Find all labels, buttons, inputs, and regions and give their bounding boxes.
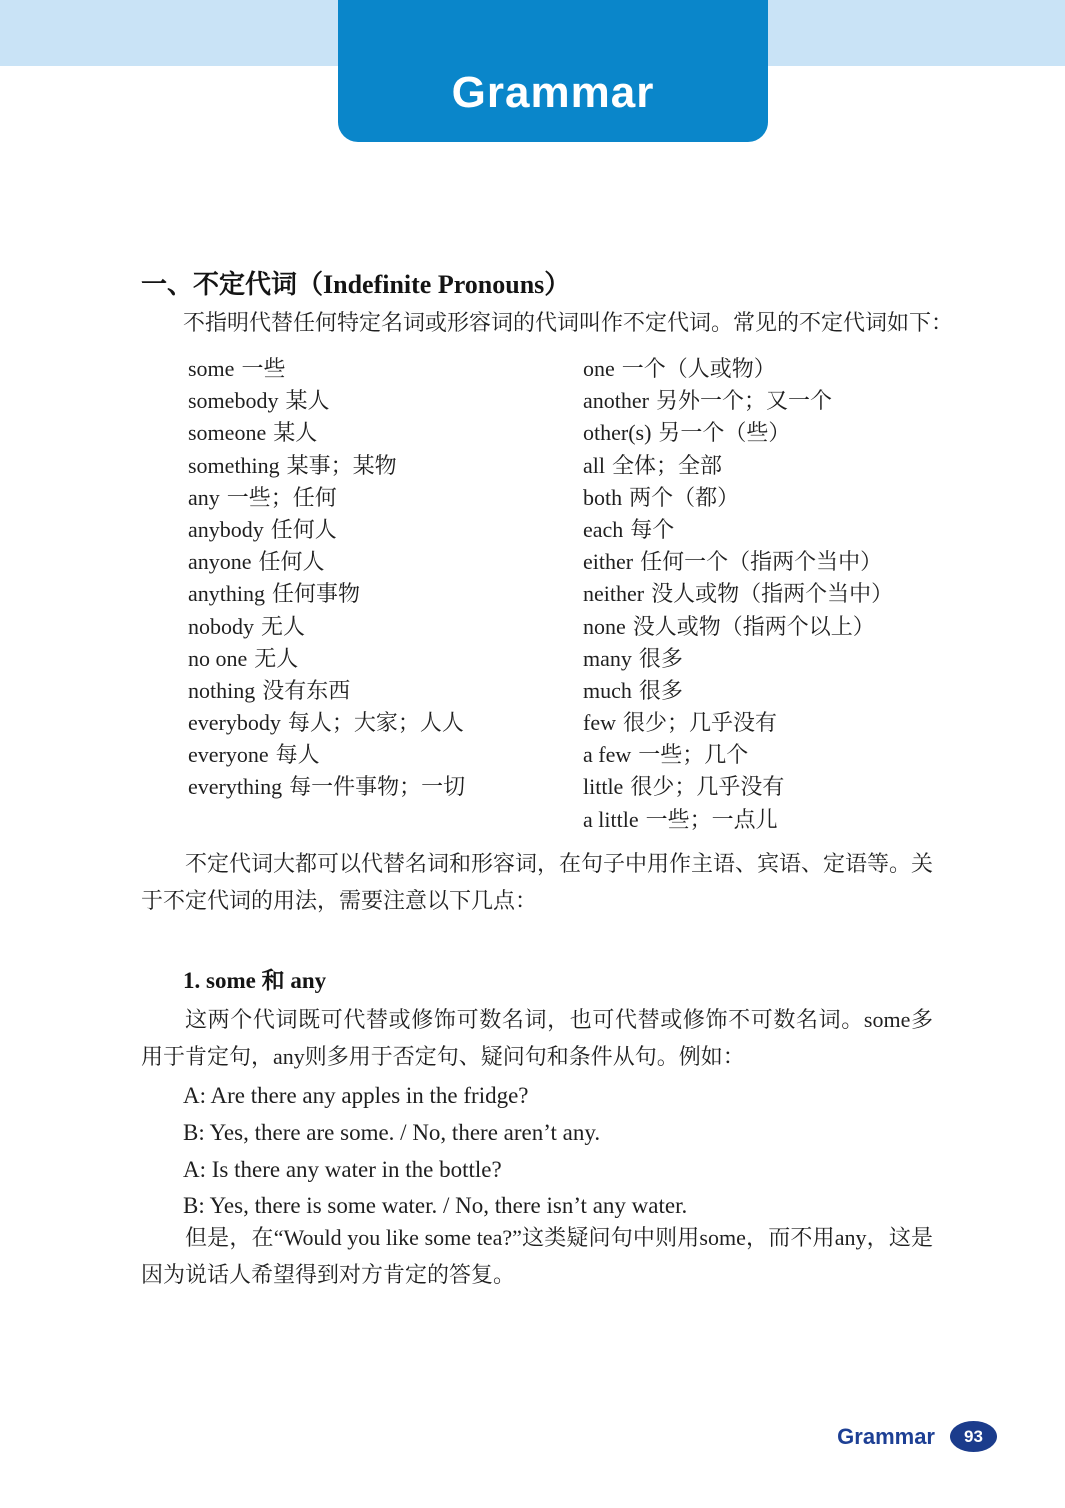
pronoun-zh: 任何人 [271,517,337,542]
list-item: another另外一个；又一个 [583,385,1003,417]
pronoun-en: any [188,485,220,510]
pronoun-zh: 每个 [630,517,674,542]
pronoun-en: many [583,646,632,671]
pronoun-list: some一些 somebody某人 someone某人 something某事；… [188,353,1003,836]
list-item: nothing没有东西 [188,675,583,707]
pronoun-en: anything [188,581,265,606]
list-item: one一个（人或物） [583,353,1003,385]
pronoun-en: everything [188,774,282,799]
list-item: none没人或物（指两个以上） [583,611,1003,643]
subsection-heading-some-any: 1. some 和 any [183,962,326,995]
pronoun-zh: 任何一个（指两个当中） [640,549,882,574]
pronoun-en: all [583,453,605,478]
pronoun-en: both [583,485,622,510]
pronoun-zh: 任何人 [259,549,325,574]
pronoun-list-left-column: some一些 somebody某人 someone某人 something某事；… [188,353,583,836]
pronoun-zh: 无人 [261,614,305,639]
pronoun-en: little [583,774,623,799]
list-item: everything每一件事物；一切 [188,771,583,803]
list-item: some一些 [188,353,583,385]
dialogue-line: A: Are there any apples in the fridge? [183,1078,687,1115]
pronoun-en: a little [583,807,639,832]
list-item: somebody某人 [188,385,583,417]
pronoun-zh: 某人 [285,388,329,413]
pronoun-en: something [188,453,280,478]
list-item: nobody无人 [188,611,583,643]
usage-paragraph: 不定代词大都可以代替名词和形容词，在句子中用作主语、宾语、定语等。关于不定代词的… [141,846,933,919]
list-item: few很少；几乎没有 [583,707,1003,739]
example-dialogues: A: Are there any apples in the fridge? B… [183,1078,687,1225]
pronoun-en: everybody [188,710,281,735]
pronoun-en: none [583,614,626,639]
pronoun-zh: 没人或物（指两个以上） [633,614,875,639]
pronoun-zh: 很多 [639,678,683,703]
pronoun-zh: 很多 [639,646,683,671]
pronoun-en: somebody [188,388,278,413]
pronoun-en: a few [583,742,631,767]
pronoun-en: anybody [188,517,264,542]
pronoun-list-right-column: one一个（人或物） another另外一个；又一个 other(s)另一个（些… [583,353,1003,836]
list-item: anybody任何人 [188,514,583,546]
pronoun-zh: 一些 [241,356,285,381]
pronoun-zh: 没有东西 [262,678,350,703]
pronoun-en: each [583,517,623,542]
pronoun-en: other(s) [583,420,651,445]
list-item: everybody每人；大家；人人 [188,707,583,739]
chapter-title: Grammar [452,68,655,118]
pronoun-en: no one [188,646,247,671]
pronoun-en: much [583,678,632,703]
list-item: each每个 [583,514,1003,546]
pronoun-en: few [583,710,616,735]
pronoun-zh: 一些；一点儿 [646,807,778,832]
pronoun-en: one [583,356,615,381]
list-item: a few一些；几个 [583,739,1003,771]
list-item: both两个（都） [583,482,1003,514]
pronoun-en: nobody [188,614,254,639]
pronoun-zh: 一些；几个 [638,742,748,767]
list-item: much很多 [583,675,1003,707]
pronoun-zh: 很少；几乎没有 [630,774,784,799]
pronoun-zh: 每一件事物；一切 [289,774,465,799]
list-item: neither没人或物（指两个当中） [583,578,1003,610]
list-item: someone某人 [188,417,583,449]
pronoun-zh: 很少；几乎没有 [623,710,777,735]
list-item: everyone每人 [188,739,583,771]
pronoun-zh: 某人 [273,420,317,445]
list-item: either任何一个（指两个当中） [583,546,1003,578]
pronoun-zh: 任何事物 [272,581,360,606]
section-heading: 一、不定代词（Indefinite Pronouns） [141,264,570,301]
list-item: any一些；任何 [188,482,583,514]
pronoun-en: either [583,549,633,574]
pronoun-en: nothing [188,678,255,703]
pronoun-zh: 某事；某物 [287,453,397,478]
list-item: all全体；全部 [583,450,1003,482]
pronoun-en: anyone [188,549,252,574]
pronoun-en: some [188,356,234,381]
dialogue-line: A: Is there any water in the bottle? [183,1152,687,1189]
list-item: anything任何事物 [188,578,583,610]
pronoun-zh: 另外一个；又一个 [656,388,832,413]
pronoun-zh: 每人 [276,742,320,767]
intro-paragraph: 不指明代替任何特定名词或形容词的代词叫作不定代词。常见的不定代词如下： [183,306,973,340]
pronoun-zh: 全体；全部 [612,453,722,478]
page-footer: Grammar 93 [837,1421,997,1452]
list-item: a little一些；一点儿 [583,804,1003,836]
tea-note-paragraph: 但是，在“Would you like some tea?”这类疑问句中则用so… [141,1220,933,1293]
pronoun-en: neither [583,581,644,606]
some-any-paragraph: 这两个代词既可代替或修饰可数名词，也可代替或修饰不可数名词。some多用于肯定句… [141,1002,933,1075]
list-item: anyone任何人 [188,546,583,578]
list-item: something某事；某物 [188,450,583,482]
page-number-badge: 93 [950,1421,997,1452]
chapter-title-box: Grammar [338,0,768,142]
pronoun-zh: 无人 [254,646,298,671]
pronoun-en: everyone [188,742,269,767]
pronoun-zh: 没人或物（指两个当中） [651,581,893,606]
list-item: other(s)另一个（些） [583,417,1003,449]
pronoun-en: another [583,388,649,413]
pronoun-zh: 另一个（些） [658,420,790,445]
pronoun-zh: 每人；大家；人人 [288,710,464,735]
pronoun-zh: 一个（人或物） [622,356,776,381]
dialogue-line: B: Yes, there are some. / No, there aren… [183,1115,687,1152]
pronoun-en: someone [188,420,266,445]
pronoun-zh: 两个（都） [629,485,739,510]
list-item: no one无人 [188,643,583,675]
pronoun-zh: 一些；任何 [227,485,337,510]
list-item: little很少；几乎没有 [583,771,1003,803]
footer-section-label: Grammar [837,1424,935,1450]
list-item: many很多 [583,643,1003,675]
